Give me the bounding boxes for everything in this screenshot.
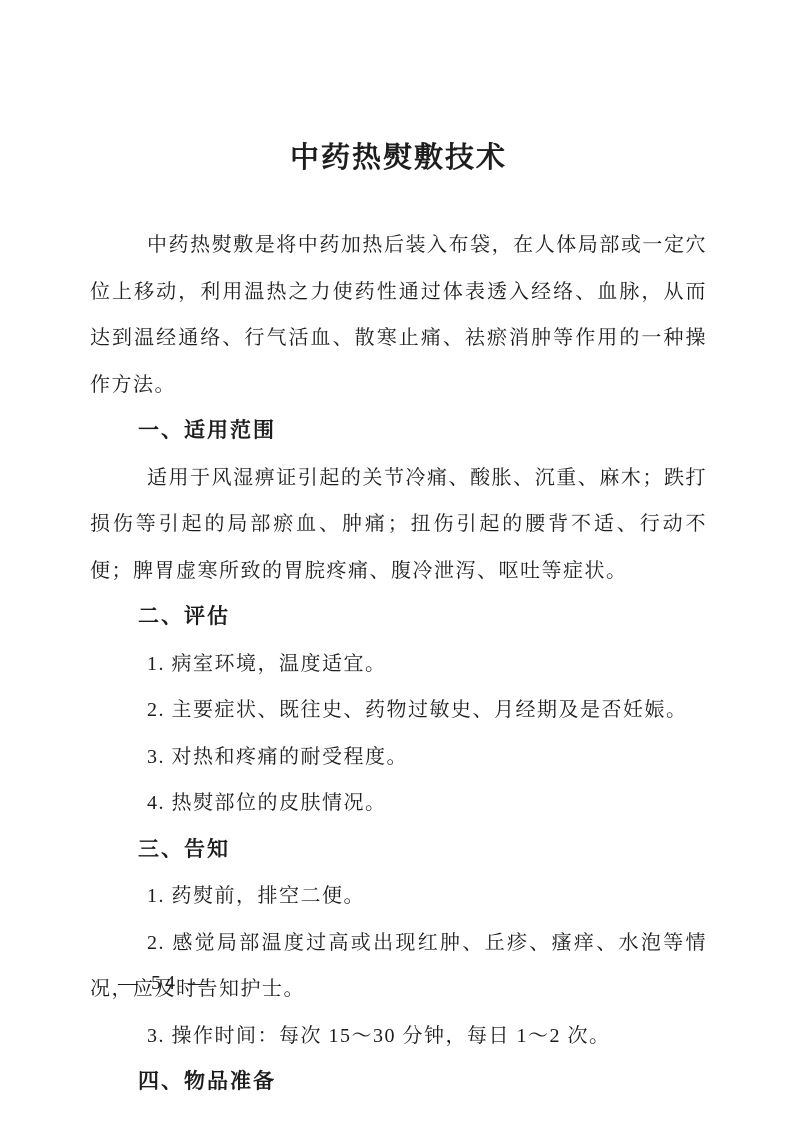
section-1-body: 适用于风湿痹证引起的关节冷痛、酸胀、沉重、麻木；跌打损伤等引起的局部瘀血、肿痛；… [90,455,707,595]
page-number: — 54 — [118,972,212,995]
section-2-heading: 二、评估 [90,594,707,641]
section-2-item-1: 1. 病室环境，温度适宜。 [90,641,707,688]
section-2-item-2: 2. 主要症状、既往史、药物过敏史、月经期及是否妊娠。 [90,687,707,734]
section-2-item-3: 3. 对热和疼痛的耐受程度。 [90,734,707,781]
section-3-item-3: 3. 操作时间：每次 15～30 分钟，每日 1～2 次。 [90,1013,707,1060]
section-1-heading: 一、适用范围 [90,408,707,455]
section-3-heading: 三、告知 [90,827,707,874]
section-3-item-1: 1. 药熨前，排空二便。 [90,873,707,920]
section-2-item-4: 4. 热熨部位的皮肤情况。 [90,780,707,827]
document-page: 中药热熨敷技术 中药热熨敷是将中药加热后装入布袋，在人体局部或一定穴位上移动，利… [0,0,793,1122]
section-4-heading: 四、物品准备 [90,1059,707,1106]
intro-paragraph: 中药热熨敷是将中药加热后装入布袋，在人体局部或一定穴位上移动，利用温热之力使药性… [90,222,707,408]
section-3-item-2: 2. 感觉局部温度过高或出现红肿、丘疹、瘙痒、水泡等情况，应及时告知护士。 [90,920,707,1013]
document-title: 中药热熨敷技术 [90,138,707,178]
